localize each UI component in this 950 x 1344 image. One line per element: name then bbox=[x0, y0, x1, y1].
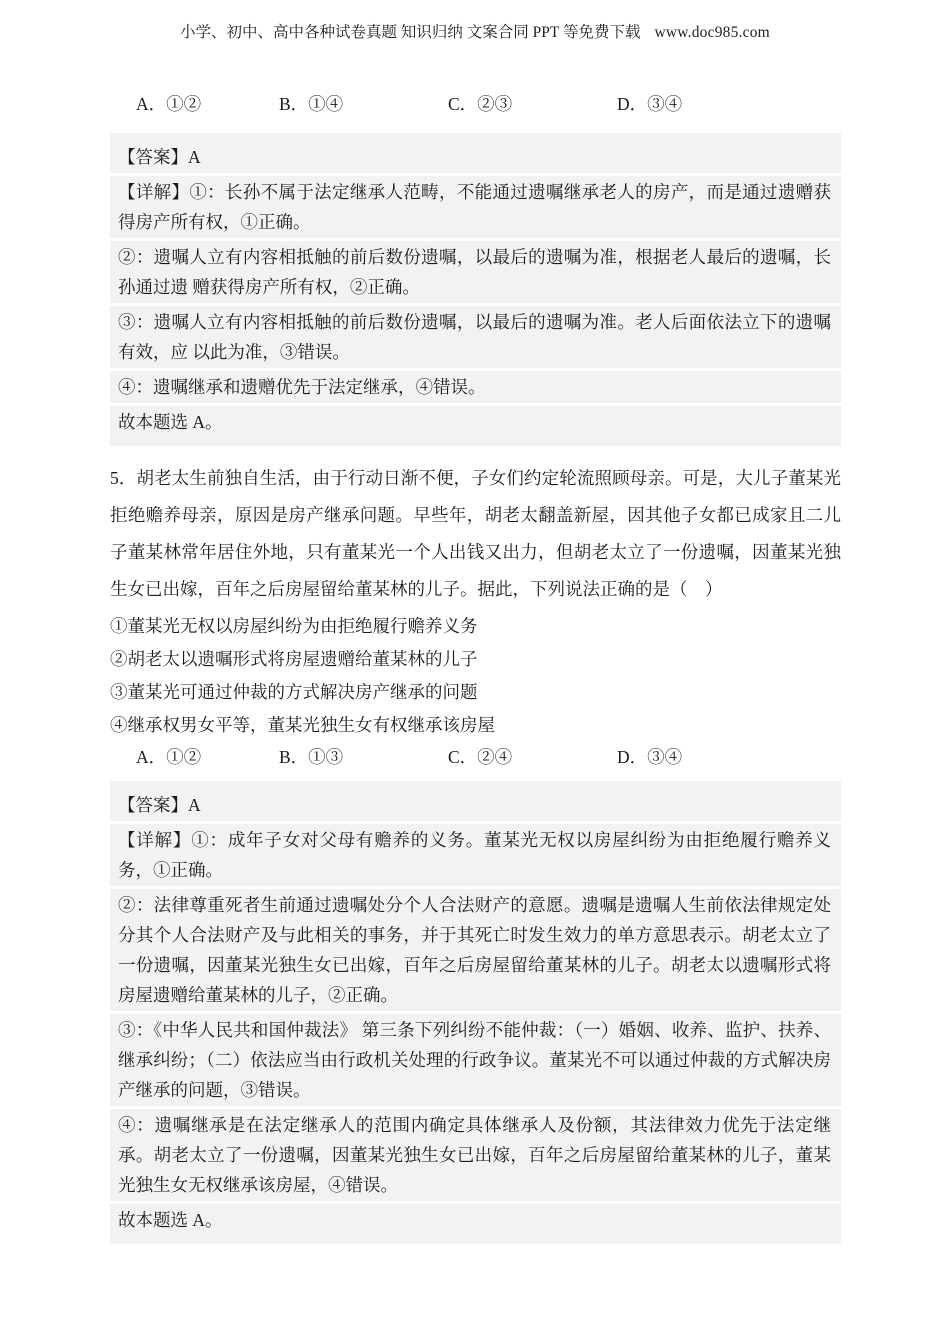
question5-stem: 5．胡老太生前独自生活，由于行动日渐不便，子女们约定轮流照顾母亲。可是，大儿子董… bbox=[110, 460, 841, 608]
question5-explanation-paragraph-4: ④：遗嘱继承是在法定继承人的范围内确定具体继承人及份额，其法律效力优先于法定继承… bbox=[110, 1109, 841, 1201]
site-header: 小学、初中、高中各种试卷真题 知识归纳 文案合同 PPT 等免费下载www.do… bbox=[0, 0, 950, 42]
prev-explanation-paragraph-1: 【详解】①：长孙不属于法定继承人范畴，不能通过遗嘱继承老人的房产，而是通过遗赠获… bbox=[110, 176, 841, 238]
question5-explanation-paragraph-1: 【详解】①：成年子女对父母有赡养的义务。董某光无权以房屋纠纷为由拒绝履行赡养义务… bbox=[110, 824, 841, 886]
question5-statement-4: ④继承权男女平等，董某光独生女有权继承该房屋 bbox=[110, 709, 841, 742]
prev-explanation-paragraph-3: ③：遗嘱人立有内容相抵触的前后数份遗嘱，以最后的遗嘱为准。老人后面依法立下的遗嘱… bbox=[110, 306, 841, 368]
prev-option-a: A．①② bbox=[136, 90, 279, 118]
prev-explanation-paragraph-2: ②：遗嘱人立有内容相抵触的前后数份遗嘱，以最后的遗嘱为准，根据老人最后的遗嘱，长… bbox=[110, 241, 841, 303]
prev-answer-block: 【答案】A 【详解】①：长孙不属于法定继承人范畴，不能通过遗嘱继承老人的房产，而… bbox=[110, 133, 841, 446]
document-page: 小学、初中、高中各种试卷真题 知识归纳 文案合同 PPT 等免费下载www.do… bbox=[0, 0, 950, 1344]
question5-options-row: A．①② B．①③ C．②④ D．③④ bbox=[110, 744, 841, 771]
question5-statement-2: ②胡老太以遗嘱形式将房屋遗赠给董某林的儿子 bbox=[110, 643, 841, 676]
question5-explanation-paragraph-3: ③：《中华人民共和国仲裁法》 第三条下列纠纷不能仲裁：（一）婚姻、收养、监护、扶… bbox=[110, 1014, 841, 1106]
prev-question-options-row: A．①② B．①④ C．②③ D．③④ bbox=[110, 90, 841, 118]
question5-answer-block: 【答案】A 【详解】①：成年子女对父母有赡养的义务。董某光无权以房屋纠纷为由拒绝… bbox=[110, 781, 841, 1244]
question5-statement-3: ③董某光可通过仲裁的方式解决房产继承的问题 bbox=[110, 676, 841, 709]
site-header-title: 小学、初中、高中各种试卷真题 知识归纳 文案合同 PPT 等免费下载 bbox=[180, 24, 640, 41]
question5-answer-conclusion: 故本题选 A。 bbox=[110, 1204, 841, 1244]
prev-option-d: D．③④ bbox=[617, 90, 682, 118]
question5-statements: ①董某光无权以房屋纠纷为由拒绝履行赡养义务 ②胡老太以遗嘱形式将房屋遗赠给董某林… bbox=[110, 610, 841, 742]
prev-option-b: B．①④ bbox=[279, 90, 448, 118]
question5-option-b: B．①③ bbox=[279, 744, 448, 771]
page-content: A．①② B．①④ C．②③ D．③④ 【答案】A 【详解】①：长孙不属于法定继… bbox=[110, 90, 841, 1244]
question5-statement-1: ①董某光无权以房屋纠纷为由拒绝履行赡养义务 bbox=[110, 610, 841, 643]
prev-answer-conclusion: 故本题选 A。 bbox=[110, 406, 841, 446]
question5-explanation-paragraph-2: ②：法律尊重死者生前通过遗嘱处分个人合法财产的意愿。遗嘱是遗嘱人生前依法律规定处… bbox=[110, 889, 841, 1011]
site-url: www.doc985.com bbox=[654, 24, 769, 41]
prev-option-c: C．②③ bbox=[448, 90, 617, 118]
question5-option-d: D．③④ bbox=[617, 744, 682, 771]
prev-answer-label: 【答案】A bbox=[110, 133, 841, 173]
question5-option-a: A．①② bbox=[136, 744, 279, 771]
prev-explanation-paragraph-4: ④：遗嘱继承和遗赠优先于法定继承，④错误。 bbox=[110, 371, 841, 403]
question5-option-c: C．②④ bbox=[448, 744, 617, 771]
question5-answer-label: 【答案】A bbox=[110, 781, 841, 821]
